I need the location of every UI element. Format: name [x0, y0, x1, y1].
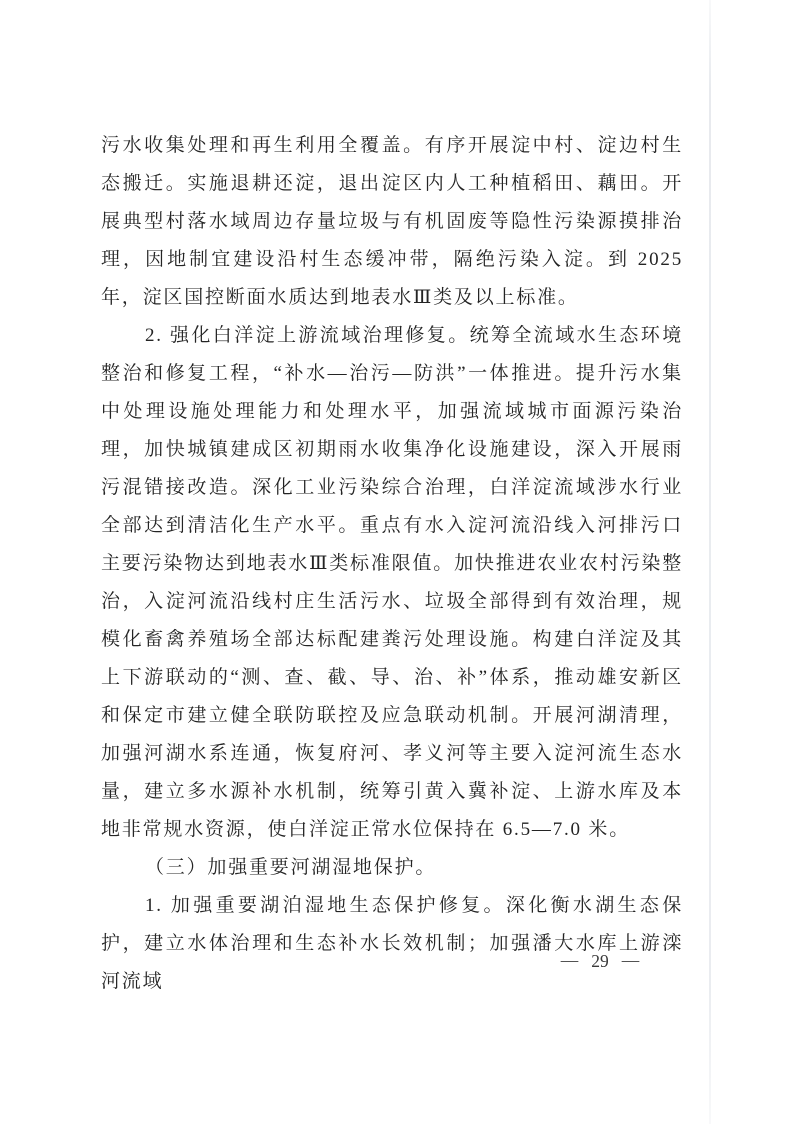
paragraph-item-1: 1. 加强重要湖泊湿地生态保护修复。深化衡水湖生态保护，建立水体治理和生态补水长…	[101, 887, 683, 1001]
scan-artifact-line	[709, 0, 711, 1124]
page-number-dash-left: —	[561, 950, 579, 971]
section-heading-3: （三）加强重要河湖湿地保护。	[101, 849, 683, 887]
document-body: 污水收集处理和再生利用全覆盖。有序开展淀中村、淀边村生态搬迁。实施退耕还淀，退出…	[101, 127, 683, 1001]
page-number: — 29 —	[540, 951, 660, 972]
paragraph-item-2: 2. 强化白洋淀上游流域治理修复。统筹全流域水生态环境整治和修复工程，“补水—治…	[101, 317, 683, 849]
page-number-value: 29	[591, 951, 609, 972]
paragraph-continuation: 污水收集处理和再生利用全覆盖。有序开展淀中村、淀边村生态搬迁。实施退耕还淀，退出…	[101, 127, 683, 317]
document-page: 污水收集处理和再生利用全覆盖。有序开展淀中村、淀边村生态搬迁。实施退耕还淀，退出…	[0, 0, 791, 1124]
page-number-dash-right: —	[622, 950, 640, 971]
